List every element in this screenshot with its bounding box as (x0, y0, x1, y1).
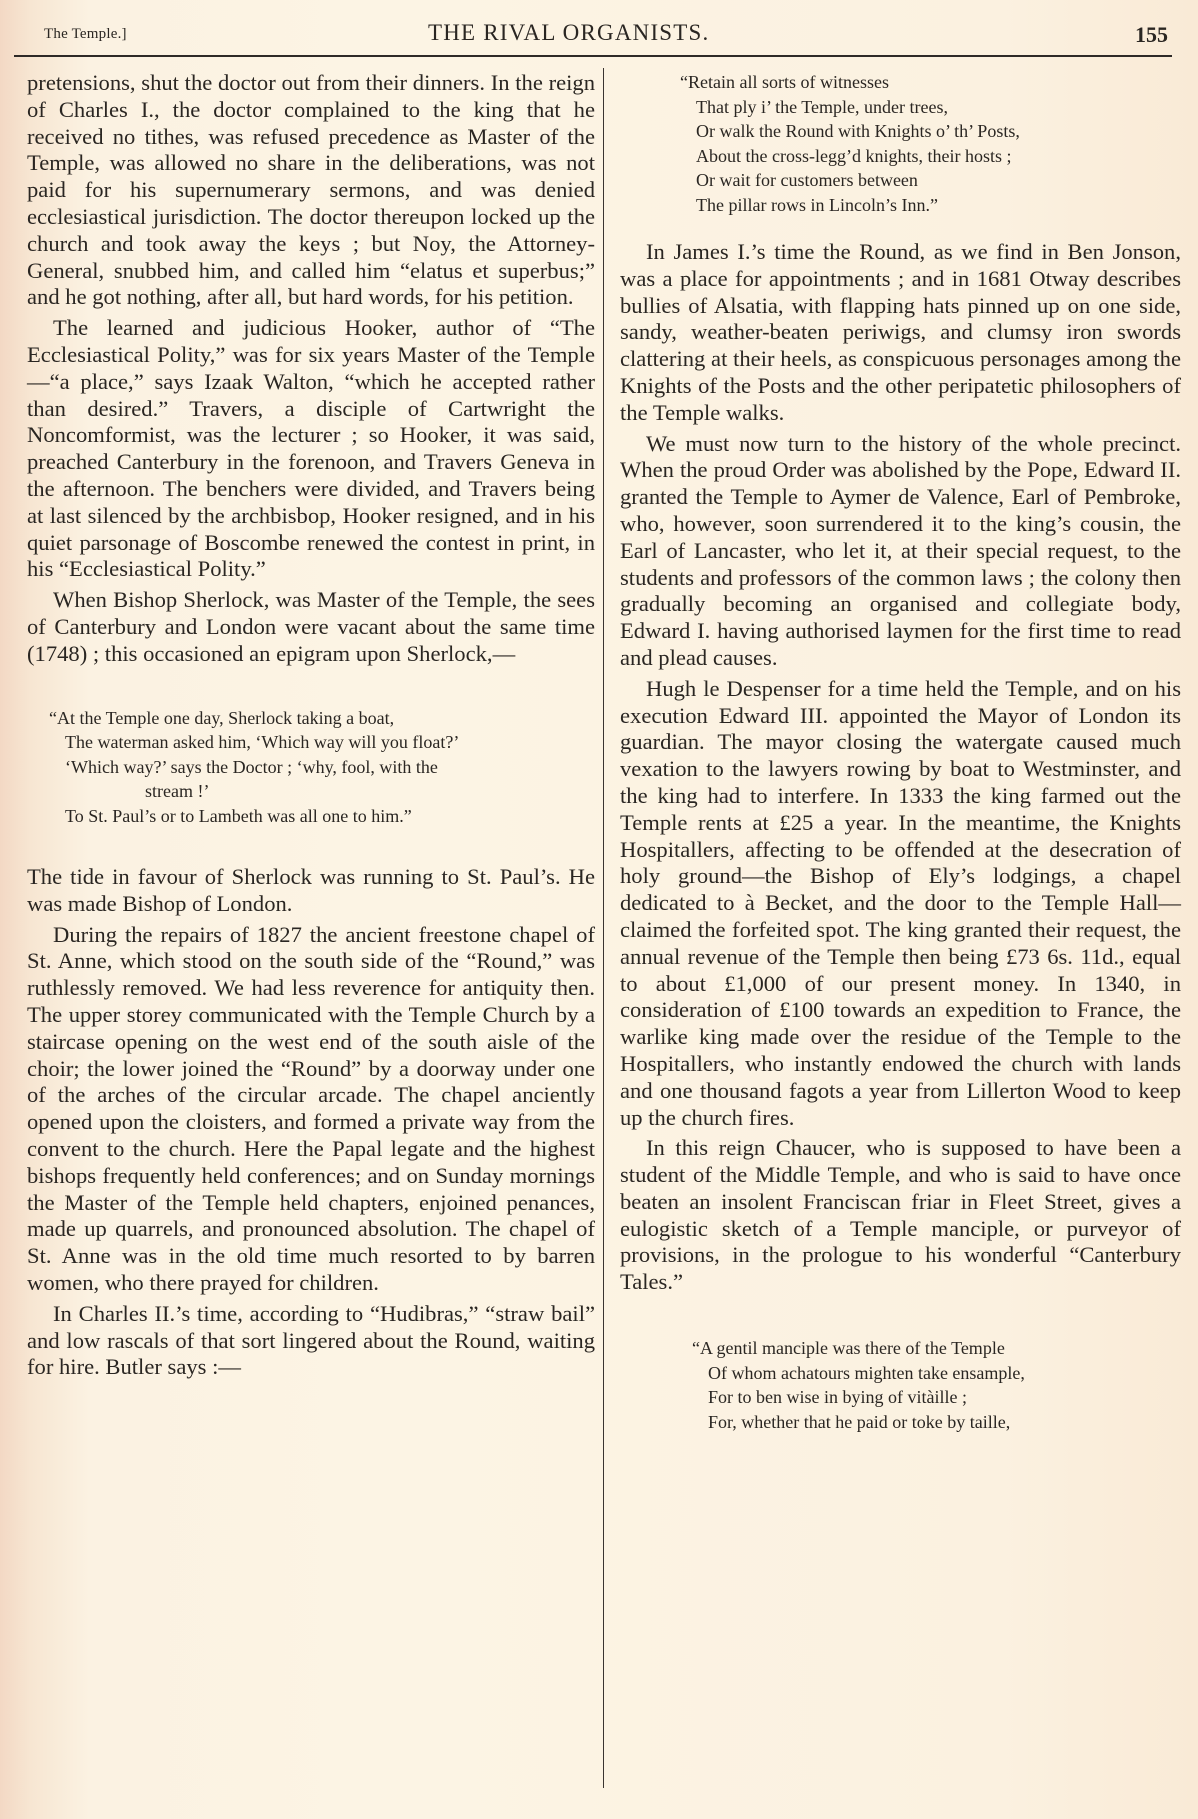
verse-line: Or wait for customers between (680, 168, 1181, 193)
verse-line: To St. Paul’s or to Lambeth was all one … (49, 804, 595, 829)
paragraph: In James I.’s time the Round, as we find… (620, 239, 1181, 427)
paragraph: During the repairs of 1827 the ancient f… (27, 922, 595, 1297)
paragraph: The tide in favour of Sherlock was runni… (27, 864, 595, 918)
verse-line: About the cross-legg’d knights, their ho… (680, 144, 1181, 169)
verse-line: Or walk the Round with Knights o’ th’ Po… (680, 119, 1181, 144)
verse-line: Of whom achatours mighten take ensample, (692, 1361, 1181, 1386)
verse-line: That ply i’ the Temple, under trees, (680, 95, 1181, 120)
paragraph: Hugh le Despenser for a time held the Te… (620, 676, 1181, 1132)
verse-line: ‘Which way?’ says the Doctor ; ‘why, foo… (49, 755, 595, 780)
running-head-title: THE RIVAL ORGANISTS. (428, 20, 709, 46)
verse-line: For, whether that he paid or toke by tai… (692, 1410, 1181, 1435)
header-rule (14, 55, 1172, 57)
page-number: 155 (1135, 22, 1168, 48)
page-header: The Temple.] THE RIVAL ORGANISTS. 155 (0, 0, 1198, 60)
paragraph: We must now turn to the history of the w… (620, 431, 1181, 672)
epigram-verse: “At the Temple one day, Sherlock taking … (49, 706, 595, 829)
running-head-section: The Temple.] (44, 26, 127, 43)
column-divider (603, 68, 604, 1788)
left-column: pretensions, shut the doctor out from th… (27, 70, 595, 1385)
paragraph: The learned and judicious Hooker, author… (27, 315, 595, 583)
paragraph: When Bishop Sherlock, was Master of the … (27, 587, 595, 667)
verse-line: For to ben wise in bying of vitàille ; (692, 1385, 1181, 1410)
hudibras-verse: “Retain all sorts of witnesses That ply … (680, 70, 1181, 217)
paragraph: In this reign Chaucer, who is supposed t… (620, 1135, 1181, 1296)
verse-line: “At the Temple one day, Sherlock taking … (49, 706, 595, 731)
chaucer-verse: “A gentil manciple was there of the Temp… (692, 1336, 1181, 1434)
paragraph: pretensions, shut the doctor out from th… (27, 70, 595, 311)
paragraph: In Charles II.’s time, according to “Hud… (27, 1301, 595, 1381)
verse-line: stream !’ (49, 779, 595, 804)
verse-line: The waterman asked him, ‘Which way will … (49, 730, 595, 755)
right-column: “Retain all sorts of witnesses That ply … (620, 70, 1181, 1434)
verse-line: “A gentil manciple was there of the Temp… (692, 1336, 1181, 1361)
verse-line: The pillar rows in Lincoln’s Inn.” (680, 193, 1181, 218)
verse-line: “Retain all sorts of witnesses (680, 70, 1181, 95)
